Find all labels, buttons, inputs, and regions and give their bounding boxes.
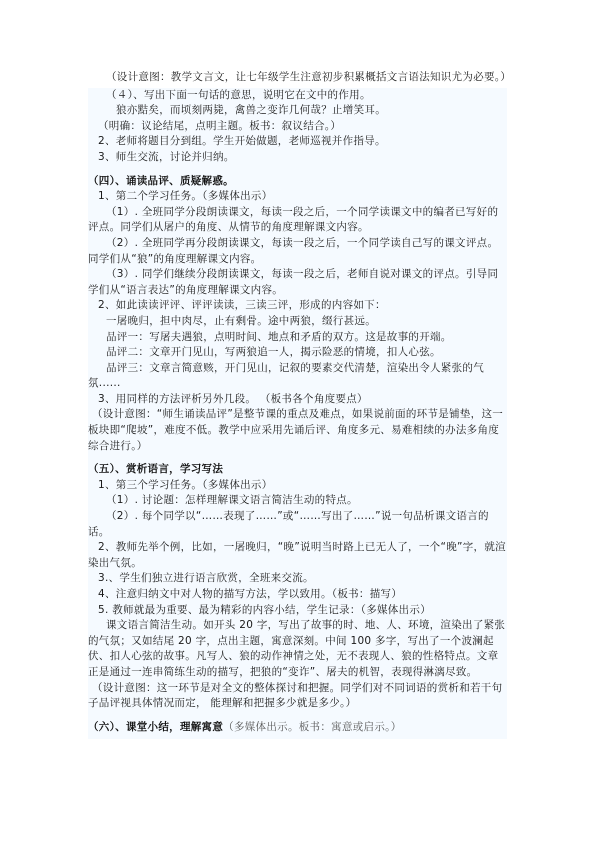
section-4-task-2: 2、如此读读评评、评评读读，三读三评，形成的内容如下： [88, 298, 507, 314]
step-2-group-work: 2、老师将题目分到组。学生开始做题，老师巡视并作指导。 [88, 134, 507, 150]
clarification-note: （明确：议论结尾，点明主题。板书：叙议结合。） [88, 119, 507, 135]
section-4-comment-3: 品评三：文章言简意赅，开门见山，记叙的要素交代清楚，渲染出令人紧张的气氛....… [88, 361, 507, 392]
step-3-discussion: 3、师生交流，讨论并归纳。 [88, 150, 507, 166]
section-4-heading: （四）、诵读品评、质疑解惑。 [88, 174, 507, 190]
classical-quote: 狼亦黠矣，而顷刻两毙，禽兽之变诈几何哉？止增笑耳。 [88, 103, 507, 119]
design-intent-paragraph: （设计意图：教学文言文，让七年级学生注意初步积累概括文言语法知识尤为必要。） [88, 70, 507, 86]
section-6-heading: （六）、课堂小结，理解寓意（多媒体出示。板书：寓意或启示。） [88, 720, 507, 736]
section-4-task-3: 3、用同样的方法评析另外几段。 （板书各个角度要点） [88, 392, 507, 408]
section-4-item-2: （2）. 全班同学再分段朗读课文，每读一段之后，一个同学读自己写的课文评点。同学… [88, 236, 507, 267]
section-4-text-quote: 一屠晚归，担中肉尽，止有剩骨。途中两狼，缀行甚远。 [88, 314, 507, 330]
section-5-heading: （五）、赏析语言，学习写法 [88, 462, 507, 478]
section-5-step-4: 4、注意归纳文中对人物的描写方法，学以致用。（板书：描写） [88, 587, 507, 603]
section-5-step-5: 5. 教师就最为重要、最为精彩的内容小结，学生记录：（多媒体出示） [88, 603, 507, 619]
section-4-task-1: 1、第二个学习任务。（多媒体出示） [88, 189, 507, 205]
section-4-item-3: （3）. 同学们继续分段朗读课文，每读一段之后，老师自说对课文的评点。引导同学们… [88, 267, 507, 298]
section-4-item-1: （1）. 全班同学分段朗读课文，每读一段之后，一个同学读课文中的编者已写好的评点… [88, 205, 507, 236]
section-6-title: （六）、课堂小结，理解寓意 [88, 721, 223, 733]
section-4-design-intent: （设计意图：“师生诵读品评”是整节课的重点及难点，如果说前面的环节是铺垫，这一板… [88, 407, 507, 454]
section-5-task-1: 1、第三个学习任务。（多媒体出示） [88, 478, 507, 494]
section-6-note: （多媒体出示。板书：寓意或启示。） [223, 721, 401, 733]
section-5-step-3: 3.、学生们独立进行语言欣赏，全班来交流。 [88, 571, 507, 587]
question-4: （４）、写出下面一句话的意思，说明它在文中的作用。 [88, 88, 507, 104]
section-5-item-1: （1）. 讨论题：怎样理解课文语言简洁生动的特点。 [88, 493, 507, 509]
document-page: （设计意图：教学文言文，让七年级学生注意初步积累概括文言语法知识尤为必要。） （… [88, 70, 507, 739]
section-5-summary: 课文语言简洁生动。如开头 20 字，写出了故事的时、地、人、环境，渲染出了紧张的… [88, 618, 507, 680]
lesson-content-block: （４）、写出下面一句话的意思，说明它在文中的作用。 狼亦黠矣，而顷刻两毙，禽兽之… [88, 88, 507, 740]
section-4-comment-2: 品评二：文章开门见山，写两狼追一人，揭示险恶的情境，扣人心弦。 [88, 345, 507, 361]
section-5-item-2: （2）. 每个同学以“……表现了……”或“……写出了……”说一句品析课文语言的话… [88, 509, 507, 540]
section-5-design-intent: （设计意图：这一环节是对全文的整体探讨和把握。同学们对不同词语的赏析和若干句子品… [88, 681, 507, 712]
section-4-comment-1: 品评一：写屠夫遇狼，点明时间、地点和矛盾的双方。这是故事的开端。 [88, 330, 507, 346]
section-5-step-2: 2、教师先举个例，比如，一屠晚归，“晚”说明当时路上已无人了，一个“晚”字，就渲… [88, 540, 507, 571]
